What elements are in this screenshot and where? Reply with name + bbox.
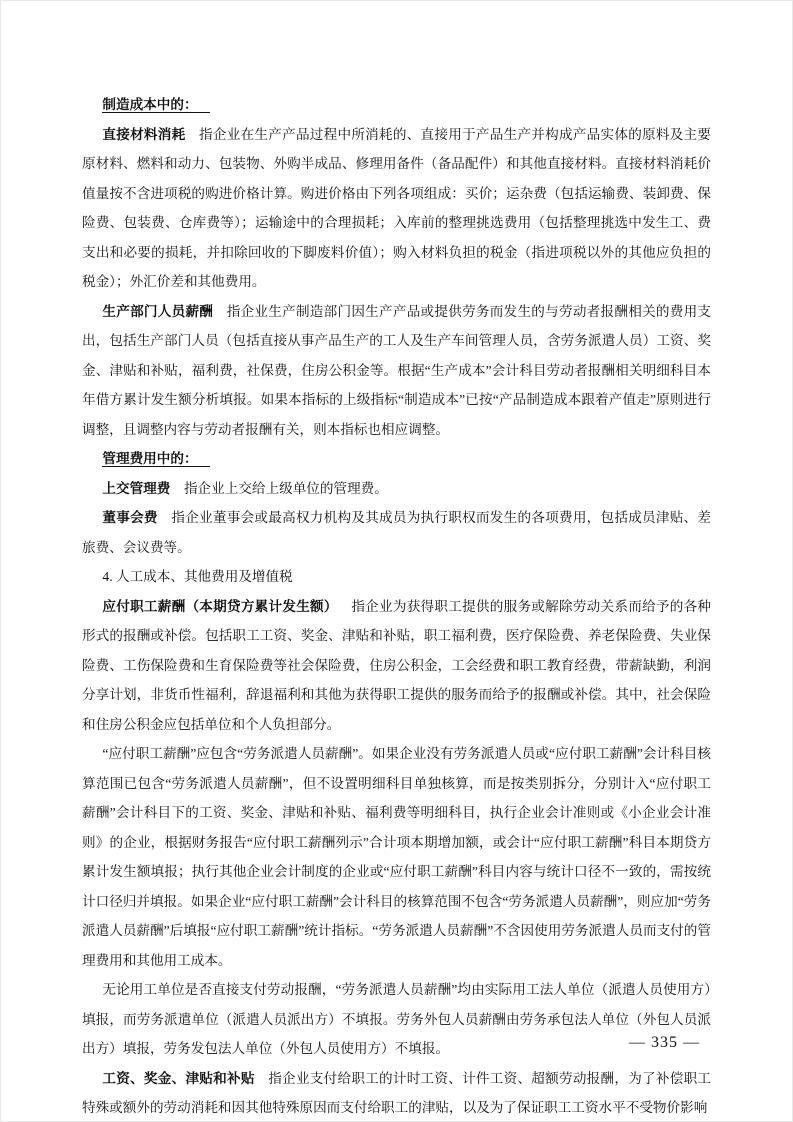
paragraph-text: 指企业生产制造部门因生产产品或提供劳务而发生的与劳动者报酬相关的费用支出，包括生…: [82, 304, 711, 437]
paragraph-board-fee: 董事会费指企业董事会或最高权力机构及其成员为执行职权而发生的各项费用，包括成员津…: [82, 503, 711, 562]
document-body: 制造成本中的： 直接材料消耗指企业在生产产品过程中所消耗的、直接用于产品生产并构…: [82, 90, 711, 1122]
paragraph-management-fee: 上交管理费指企业上交给上级单位的管理费。: [82, 474, 711, 504]
paragraph-text: 4. 人工成本、其他费用及增值税: [102, 569, 292, 584]
term-label: 直接材料消耗: [102, 127, 185, 142]
paragraph-payable-staff-pay: 应付职工薪酬（本期贷方累计发生额）指企业为获得职工提供的服务或解除劳动关系而给予…: [82, 592, 711, 740]
paragraph-production-staff-pay: 生产部门人员薪酬指企业生产制造部门因生产产品或提供劳务而发生的与劳动者报酬相关的…: [82, 297, 711, 445]
term-label: 生产部门人员薪酬: [102, 304, 213, 319]
paragraph-text: 指企业在生产产品过程中所消耗的、直接用于产品生产并构成产品实体的原料及主要原材料…: [82, 127, 711, 290]
paragraph-section-4-title: 4. 人工成本、其他费用及增值税: [82, 562, 711, 592]
section-heading-manufacturing-cost: 制造成本中的：: [82, 90, 711, 120]
term-label: 上交管理费: [102, 481, 170, 496]
paragraph-text: 无论用工单位是否直接支付劳动报酬，“劳务派遣人员薪酬”均由实际用工法人单位（派遣…: [82, 982, 711, 1056]
paragraph-text: “应付职工薪酬”应包含“劳务派遣人员薪酬”。如果企业没有劳务派遣人员或“应付职工…: [82, 746, 711, 968]
page-number: — 335 —: [629, 1034, 700, 1052]
paragraph-dispatch-pay-rule: “应付职工薪酬”应包含“劳务派遣人员薪酬”。如果企业没有劳务派遣人员或“应付职工…: [82, 739, 711, 975]
paragraph-text: 指企业为获得职工提供的服务或解除劳动关系而给予的各种形式的报酬或补偿。包括职工工…: [82, 599, 711, 732]
paragraph-dispatch-filing-rule: 无论用工单位是否直接支付劳动报酬，“劳务派遣人员薪酬”均由实际用工法人单位（派遣…: [82, 975, 711, 1064]
term-label: 应付职工薪酬（本期贷方累计发生额）: [102, 599, 337, 614]
section-heading-text: 制造成本中的：: [102, 97, 209, 113]
term-label: 工资、奖金、津贴和补贴: [102, 1071, 254, 1086]
section-heading-admin-expense: 管理费用中的：: [82, 444, 711, 474]
paragraph-direct-material: 直接材料消耗指企业在生产产品过程中所消耗的、直接用于产品生产并构成产品实体的原料…: [82, 120, 711, 297]
paragraph-wage-bonus-allowance: 工资、奖金、津贴和补贴指企业支付给职工的计时工资、计件工资、超额劳动报酬，为了补…: [82, 1064, 711, 1122]
section-heading-text: 管理费用中的：: [102, 451, 209, 467]
paragraph-text: 指企业董事会或最高权力机构及其成员为执行职权而发生的各项费用，包括成员津贴、差旅…: [82, 510, 711, 555]
term-label: 董事会费: [102, 510, 157, 525]
paragraph-text: 指企业上交给上级单位的管理费。: [184, 481, 388, 496]
document-page: 制造成本中的： 直接材料消耗指企业在生产产品过程中所消耗的、直接用于产品生产并构…: [0, 0, 793, 1122]
